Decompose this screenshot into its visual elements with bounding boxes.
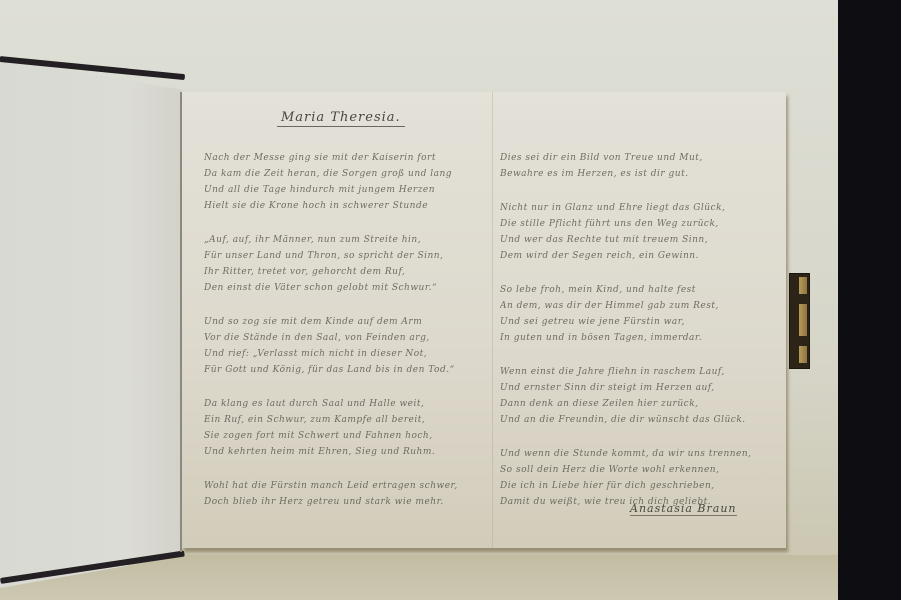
handwritten-line: Nach der Messe ging sie mit der Kaiserin…: [204, 150, 489, 166]
handwritten-line: Und sei getreu wie jene Fürstin war,: [500, 314, 785, 330]
clasp-notch: [799, 294, 807, 304]
handwritten-line: Ein Ruf, ein Schwur, zum Kampfe all bere…: [204, 412, 489, 428]
handwritten-line: An dem, was dir der Himmel gab zum Rest,: [500, 298, 785, 314]
stanza: Wenn einst die Jahre fliehn in raschem L…: [500, 364, 785, 428]
handwritten-line: „Auf, auf, ihr Männer, nun zum Streite h…: [204, 232, 489, 248]
album-left-page: [0, 58, 182, 588]
handwritten-line: Hielt sie die Krone hoch in schwerer Stu…: [204, 198, 489, 214]
handwritten-line: So lebe froh, mein Kind, und halte fest: [500, 282, 785, 298]
stanza: Nach der Messe ging sie mit der Kaiserin…: [204, 150, 489, 214]
handwritten-line: Und kehrten heim mit Ehren, Sieg und Ruh…: [204, 444, 489, 460]
handwritten-line: Die ich in Liebe hier für dich geschrieb…: [500, 478, 785, 494]
handwritten-line: Und rief: „Verlasst mich nicht in dieser…: [204, 346, 489, 362]
clasp-notch: [799, 336, 807, 346]
page-title: Maria Theresia.: [277, 110, 405, 127]
left-text-column: Nach der Messe ging sie mit der Kaiserin…: [204, 150, 489, 528]
handwritten-line: Dies sei dir ein Bild von Treue und Mut,: [500, 150, 785, 166]
handwritten-line: Den einst die Väter schon gelobt mit Sch…: [204, 280, 489, 296]
stanza: „Auf, auf, ihr Männer, nun zum Streite h…: [204, 232, 489, 296]
album-right-page: Maria Theresia. Nach der Messe ging sie …: [182, 92, 786, 548]
right-text-column: Dies sei dir ein Bild von Treue und Mut,…: [500, 150, 785, 528]
handwritten-line: Bewahre es im Herzen, es ist dir gut.: [500, 166, 785, 182]
stanza: Dies sei dir ein Bild von Treue und Mut,…: [500, 150, 785, 182]
signature: Anastasia Braun: [630, 502, 737, 516]
handwritten-line: Und an die Freundin, die dir wünscht das…: [500, 412, 785, 428]
stanza: Wohl hat die Fürstin manch Leid ertragen…: [204, 478, 489, 510]
handwritten-line: Vor die Stände in den Saal, von Feinden …: [204, 330, 489, 346]
stanza: Und wenn die Stunde kommt, da wir uns tr…: [500, 446, 785, 510]
handwritten-line: Wenn einst die Jahre fliehn in raschem L…: [500, 364, 785, 380]
handwritten-line: Da kam die Zeit heran, die Sorgen groß u…: [204, 166, 489, 182]
handwritten-line: Sie zogen fort mit Schwert und Fahnen ho…: [204, 428, 489, 444]
handwritten-line: Wohl hat die Fürstin manch Leid ertragen…: [204, 478, 489, 494]
handwritten-line: Nicht nur in Glanz und Ehre liegt das Gl…: [500, 200, 785, 216]
clasp-plate: [799, 277, 807, 363]
handwritten-line: Und wer das Rechte tut mit treuem Sinn,: [500, 232, 785, 248]
handwritten-line: Und ernster Sinn dir steigt im Herzen au…: [500, 380, 785, 396]
stanza: So lebe froh, mein Kind, und halte festA…: [500, 282, 785, 346]
stanza: Da klang es laut durch Saal und Halle we…: [204, 396, 489, 460]
handwritten-line: Für Gott und König, für das Land bis in …: [204, 362, 489, 378]
handwritten-line: Und so zog sie mit dem Kinde auf dem Arm: [204, 314, 489, 330]
handwritten-line: Doch blieb ihr Herz getreu und stark wie…: [204, 494, 489, 510]
stanza: Nicht nur in Glanz und Ehre liegt das Gl…: [500, 200, 785, 264]
stanza: Und so zog sie mit dem Kinde auf dem Arm…: [204, 314, 489, 378]
handwritten-line: Und wenn die Stunde kommt, da wir uns tr…: [500, 446, 785, 462]
handwritten-line: Dann denk an diese Zeilen hier zurück,: [500, 396, 785, 412]
handwritten-line: Dem wird der Segen reich, ein Gewinn.: [500, 248, 785, 264]
handwritten-line: Da klang es laut durch Saal und Halle we…: [204, 396, 489, 412]
handwritten-line: In guten und in bösen Tagen, immerdar.: [500, 330, 785, 346]
handwritten-line: Für unser Land und Thron, so spricht der…: [204, 248, 489, 264]
page-fold: [492, 92, 493, 548]
handwritten-line: So soll dein Herz die Worte wohl erkenne…: [500, 462, 785, 478]
handwritten-line: Ihr Ritter, tretet vor, gehorcht dem Ruf…: [204, 264, 489, 280]
dark-background: [838, 0, 901, 600]
brass-clasp: [789, 273, 810, 369]
handwritten-line: Die stille Pflicht führt uns den Weg zur…: [500, 216, 785, 232]
handwritten-line: Und all die Tage hindurch mit jungem Her…: [204, 182, 489, 198]
